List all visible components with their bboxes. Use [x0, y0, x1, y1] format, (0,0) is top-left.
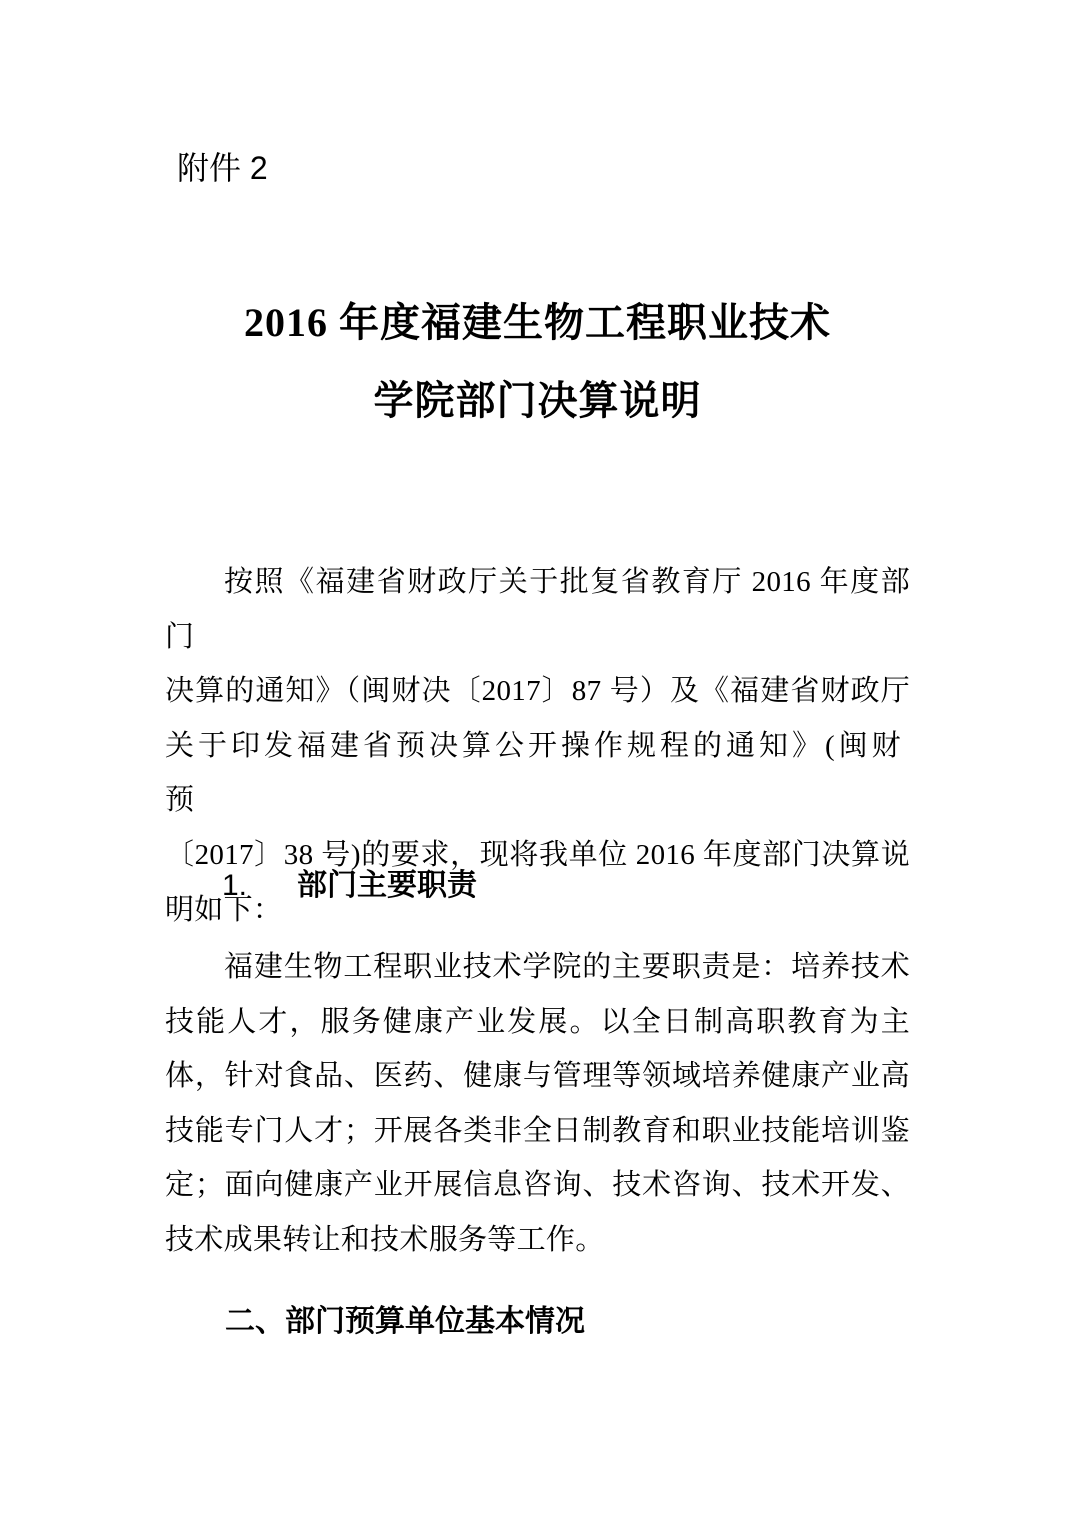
section2-heading: 二、部门预算单位基本情况 [225, 1306, 585, 1338]
text-line: 学院部门决算说明 [165, 362, 910, 440]
section1-heading: 1.部门主要职责 [222, 870, 477, 902]
text-line: 决算的通知》（闽财决〔2017〕87 号）及《福建省财政厅 [165, 664, 910, 719]
text-line: 关于印发福建省预决算公开操作规程的通知》(闽财预 [165, 719, 910, 828]
document-page: 附件 2 2016 年度福建生物工程职业技术学院部门决算说明 按照《福建省财政厅… [0, 0, 1085, 1536]
document-title: 2016 年度福建生物工程职业技术学院部门决算说明 [165, 284, 910, 440]
text-line: 技术成果转让和技术服务等工作。 [165, 1213, 910, 1268]
attachment-label: 附件 2 [177, 150, 268, 186]
text-line: 2016 年度福建生物工程职业技术 [165, 284, 910, 362]
text-line: 体，针对食品、医药、健康与管理等领域培养健康产业高 [165, 1049, 910, 1104]
text-line: 技能人才，服务健康产业发展。以全日制高职教育为主 [165, 995, 910, 1050]
section1-title: 部门主要职责 [297, 869, 477, 902]
section1-number: 1. [222, 869, 247, 902]
text-line: 福建生物工程职业技术学院的主要职责是：培养技术 [165, 940, 910, 995]
text-line: 定；面向健康产业开展信息咨询、技术咨询、技术开发、 [165, 1158, 910, 1213]
text-line: 按照《福建省财政厅关于批复省教育厅 2016 年度部门 [165, 555, 910, 664]
duties-paragraph: 福建生物工程职业技术学院的主要职责是：培养技术技能人才，服务健康产业发展。以全日… [165, 940, 910, 1268]
text-line: 技能专门人才；开展各类非全日制教育和职业技能培训鉴 [165, 1104, 910, 1159]
